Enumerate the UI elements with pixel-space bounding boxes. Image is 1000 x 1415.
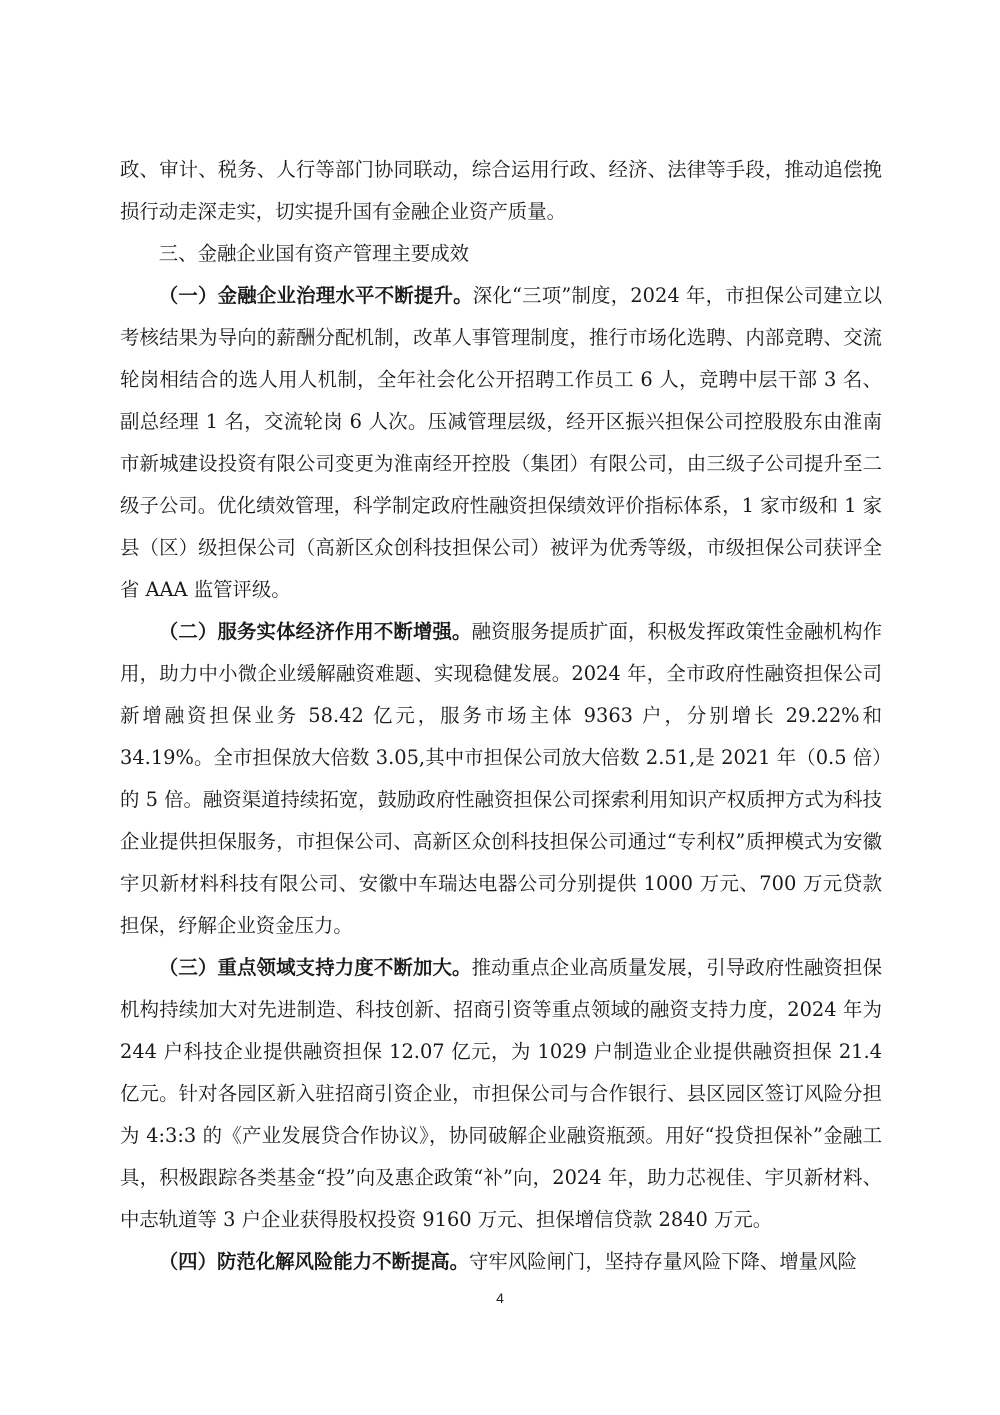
paragraph-text: 深化“三项”制度，2024 年，市担保公司建立以考核结果为导向的薪酬分配机制，改…: [120, 284, 882, 601]
paragraph-lead: （三）重点领域支持力度不断加大。: [159, 956, 472, 979]
paragraph-lead: （二）服务实体经济作用不断增强。: [159, 620, 472, 643]
paragraph-governance: （一）金融企业治理水平不断提升。深化“三项”制度，2024 年，市担保公司建立以…: [120, 275, 882, 611]
document-page: 政、审计、税务、人行等部门协同联动，综合运用行政、经济、法律等手段，推动追偿挽损…: [0, 0, 1000, 1415]
paragraph-text: 守牢风险闸门，坚持存量风险下降、增量风险: [469, 1250, 857, 1273]
section-heading: 三、金融企业国有资产管理主要成效: [120, 233, 882, 275]
paragraph-real-economy: （二）服务实体经济作用不断增强。融资服务提质扩面，积极发挥政策性金融机构作用，助…: [120, 611, 882, 947]
paragraph-text: 推动重点企业高质量发展，引导政府性融资担保机构持续加大对先进制造、科技创新、招商…: [120, 956, 882, 1231]
paragraph-lead: （一）金融企业治理水平不断提升。: [159, 284, 473, 307]
intro-paragraph: 政、审计、税务、人行等部门协同联动，综合运用行政、经济、法律等手段，推动追偿挽损…: [120, 149, 882, 233]
document-body: 政、审计、税务、人行等部门协同联动，综合运用行政、经济、法律等手段，推动追偿挽损…: [120, 149, 882, 1283]
paragraph-lead: （四）防范化解风险能力不断提高。: [159, 1250, 469, 1273]
paragraph-key-areas: （三）重点领域支持力度不断加大。推动重点企业高质量发展，引导政府性融资担保机构持…: [120, 947, 882, 1241]
page-number: 4: [0, 1290, 1000, 1306]
paragraph-risk: （四）防范化解风险能力不断提高。守牢风险闸门，坚持存量风险下降、增量风险: [120, 1241, 882, 1283]
paragraph-text: 融资服务提质扩面，积极发挥政策性金融机构作用，助力中小微企业缓解融资难题、实现稳…: [120, 620, 882, 937]
